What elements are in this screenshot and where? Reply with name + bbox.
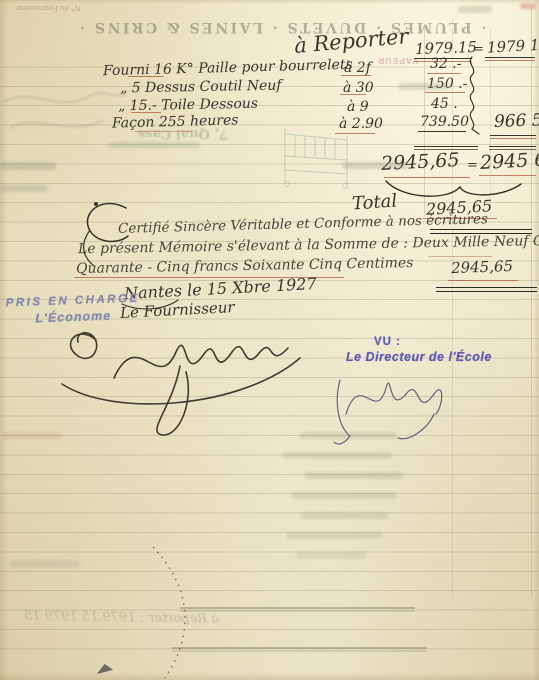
underline-red: [340, 94, 366, 95]
scanned-invoice-document: · PLUMES · DUVETS · LAINES & CRINS · N° …: [0, 0, 539, 680]
director-signature: [330, 352, 460, 452]
letterhead-title-reversed: · PLUMES · DUVETS · LAINES & CRINS ·: [58, 19, 506, 35]
bleedthrough-fragment: [520, 3, 536, 9]
grand-total-equals: =: [467, 158, 478, 173]
item-row: „ 5 Dessus Coutil Neuf: [120, 78, 282, 97]
stamp-line: PRIS EN CHARGE: [6, 293, 140, 310]
underline: [418, 131, 466, 132]
item-amount: 32 .-: [430, 56, 461, 72]
underline-red: [335, 133, 375, 134]
underline-red: [341, 75, 371, 76]
report-amount-right: 1979 15: [487, 35, 539, 56]
underline-red: [128, 76, 164, 77]
bleedthrough-fragment: [305, 472, 403, 479]
bleedthrough-fragment: [458, 6, 492, 13]
stamp-line: VU :: [374, 336, 492, 348]
underline-red: [490, 138, 536, 139]
grand-total-right: 2945 65: [479, 148, 539, 174]
bleedthrough-fragment: [296, 552, 366, 559]
underline-red: [479, 175, 536, 176]
item-row: Façon 255 heures: [112, 112, 239, 131]
underline-red: [448, 280, 518, 281]
ledger-column-line: [531, 8, 532, 598]
grand-total-left: 2945,65: [380, 149, 460, 175]
underline-red: [428, 256, 492, 257]
item-unit-price: à 9: [347, 99, 369, 115]
ink-smudge: [95, 663, 113, 675]
item-unit-price: à 2f: [344, 60, 371, 76]
bleedthrough-fragment: [0, 185, 48, 192]
bleedthrough-fragment: [300, 512, 388, 519]
letterhead-corner-note-reversed: N° du Fournisseur: [6, 4, 90, 12]
total-label: Total: [351, 190, 398, 214]
bleedthrough-fragment: [292, 492, 396, 499]
heavy-rule: [436, 287, 537, 292]
page-edge: [0, 672, 539, 680]
bleedthrough-fragment: [286, 532, 382, 539]
subtotal-amount: 966 50: [494, 110, 539, 132]
bed-engraving-ghost: [281, 126, 353, 188]
item-amount: 150 .-: [427, 76, 467, 92]
prise-en-charge-stamp: PRIS EN CHARGE L'Économe: [6, 293, 141, 327]
letterhead-vapeur-reversed: VAPEUR: [374, 56, 418, 66]
underline: [485, 57, 535, 58]
total-rule: [489, 146, 536, 147]
certification-amount: 2945,65: [451, 257, 514, 277]
item-amount: 739.50: [420, 114, 469, 130]
total-rule: [414, 146, 478, 147]
bleedthrough-script-ghost: [0, 84, 130, 144]
bleedthrough-rule: [180, 607, 415, 609]
item-amount: 45 .: [431, 96, 458, 112]
bleedthrough-fragment: [10, 560, 80, 568]
underline-red: [131, 112, 161, 113]
page-edge: [533, 0, 539, 680]
brace-squiggle: [464, 55, 482, 137]
underline: [490, 135, 536, 136]
bleedthrough-fragment: [282, 452, 392, 459]
bleedthrough-fragment: [0, 162, 56, 170]
underline-red: [134, 131, 192, 132]
item-unit-price: à 2.90: [339, 116, 383, 132]
underline-red: [427, 73, 461, 74]
crease-dotted-arc: [125, 545, 215, 680]
underline-red: [485, 60, 535, 61]
certification-line2: Le présent Mémoire s'élevant à la Somme …: [78, 233, 539, 258]
underline-red: [425, 92, 465, 93]
